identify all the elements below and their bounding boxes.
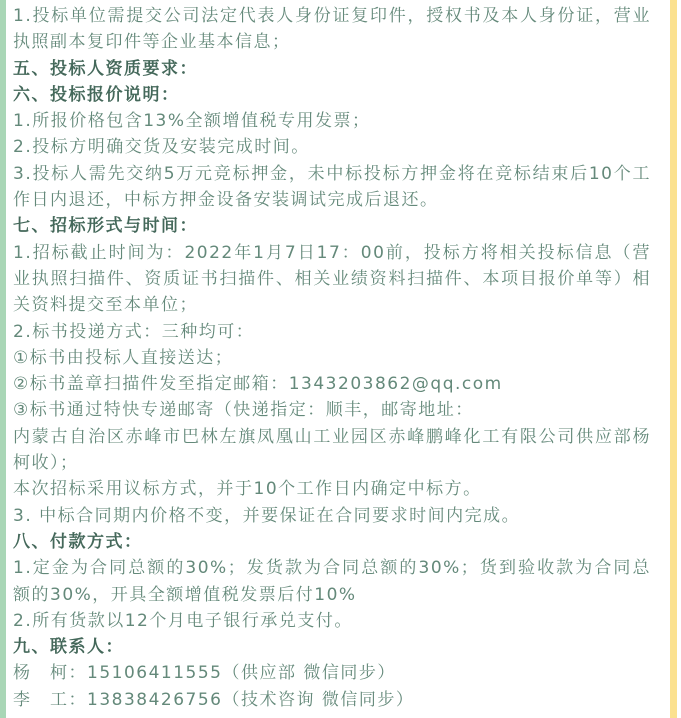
section-heading: 九、联系人： [13, 634, 651, 660]
paragraph: 1.投标单位需提交公司法定代表人身份证复印件，授权书及本人身份证，营业执照副本复… [13, 3, 651, 56]
paragraph: 杨 柯：15106411555（供应部 微信同步） [13, 660, 651, 686]
section-heading: 五、投标人资质要求： [13, 56, 651, 82]
section-heading: 八、付款方式： [13, 529, 651, 555]
paragraph: ②标书盖章扫描件发至指定邮箱：1343203862@qq.com [13, 371, 651, 397]
paragraph: 内蒙古自治区赤峰市巴林左旗凤凰山工业园区赤峰鹏峰化工有限公司供应部杨柯收）； [13, 424, 651, 477]
left-green-border [0, 0, 6, 718]
paragraph: ①标书由投标人直接送达； [13, 345, 651, 371]
paragraph: 本次招标采用议标方式，并于10个工作日内确定中标方。 [13, 476, 651, 502]
paragraph: 2.投标方明确交货及安装完成时间。 [13, 134, 651, 160]
right-yellow-border [670, 0, 677, 718]
paragraph: 1.所报价格包含13%全额增值税专用发票； [13, 108, 651, 134]
paragraph: 1.招标截止时间为：2022年1月7日17：00前，投标方将相关投标信息（营业执… [13, 240, 651, 319]
paragraph: 李 工：13838426756（技术咨询 微信同步） [13, 687, 651, 713]
paragraph: 1.定金为合同总额的30%；发货款为合同总额的30%；货到验收款为合同总额的30… [13, 555, 651, 608]
tender-notice-page: 1.投标单位需提交公司法定代表人身份证复印件，授权书及本人身份证，营业执照副本复… [0, 0, 681, 718]
paragraph: 2.所有货款以12个月电子银行承兑支付。 [13, 608, 651, 634]
paragraph: 3. 中标合同期内价格不变，并要保证在合同要求时间内完成。 [13, 503, 651, 529]
paragraph: 2.标书投递方式：三种均可： [13, 319, 651, 345]
section-heading: 六、投标报价说明： [13, 82, 651, 108]
document-content: 1.投标单位需提交公司法定代表人身份证复印件，授权书及本人身份证，营业执照副本复… [13, 3, 651, 713]
section-heading: 七、招标形式与时间： [13, 213, 651, 239]
paragraph: ③标书通过特快专递邮寄（快递指定：顺丰，邮寄地址： [13, 397, 651, 423]
paragraph: 3.投标人需先交纳5万元竞标押金，未中标投标方押金将在竞标结束后10个工作日内退… [13, 161, 651, 214]
